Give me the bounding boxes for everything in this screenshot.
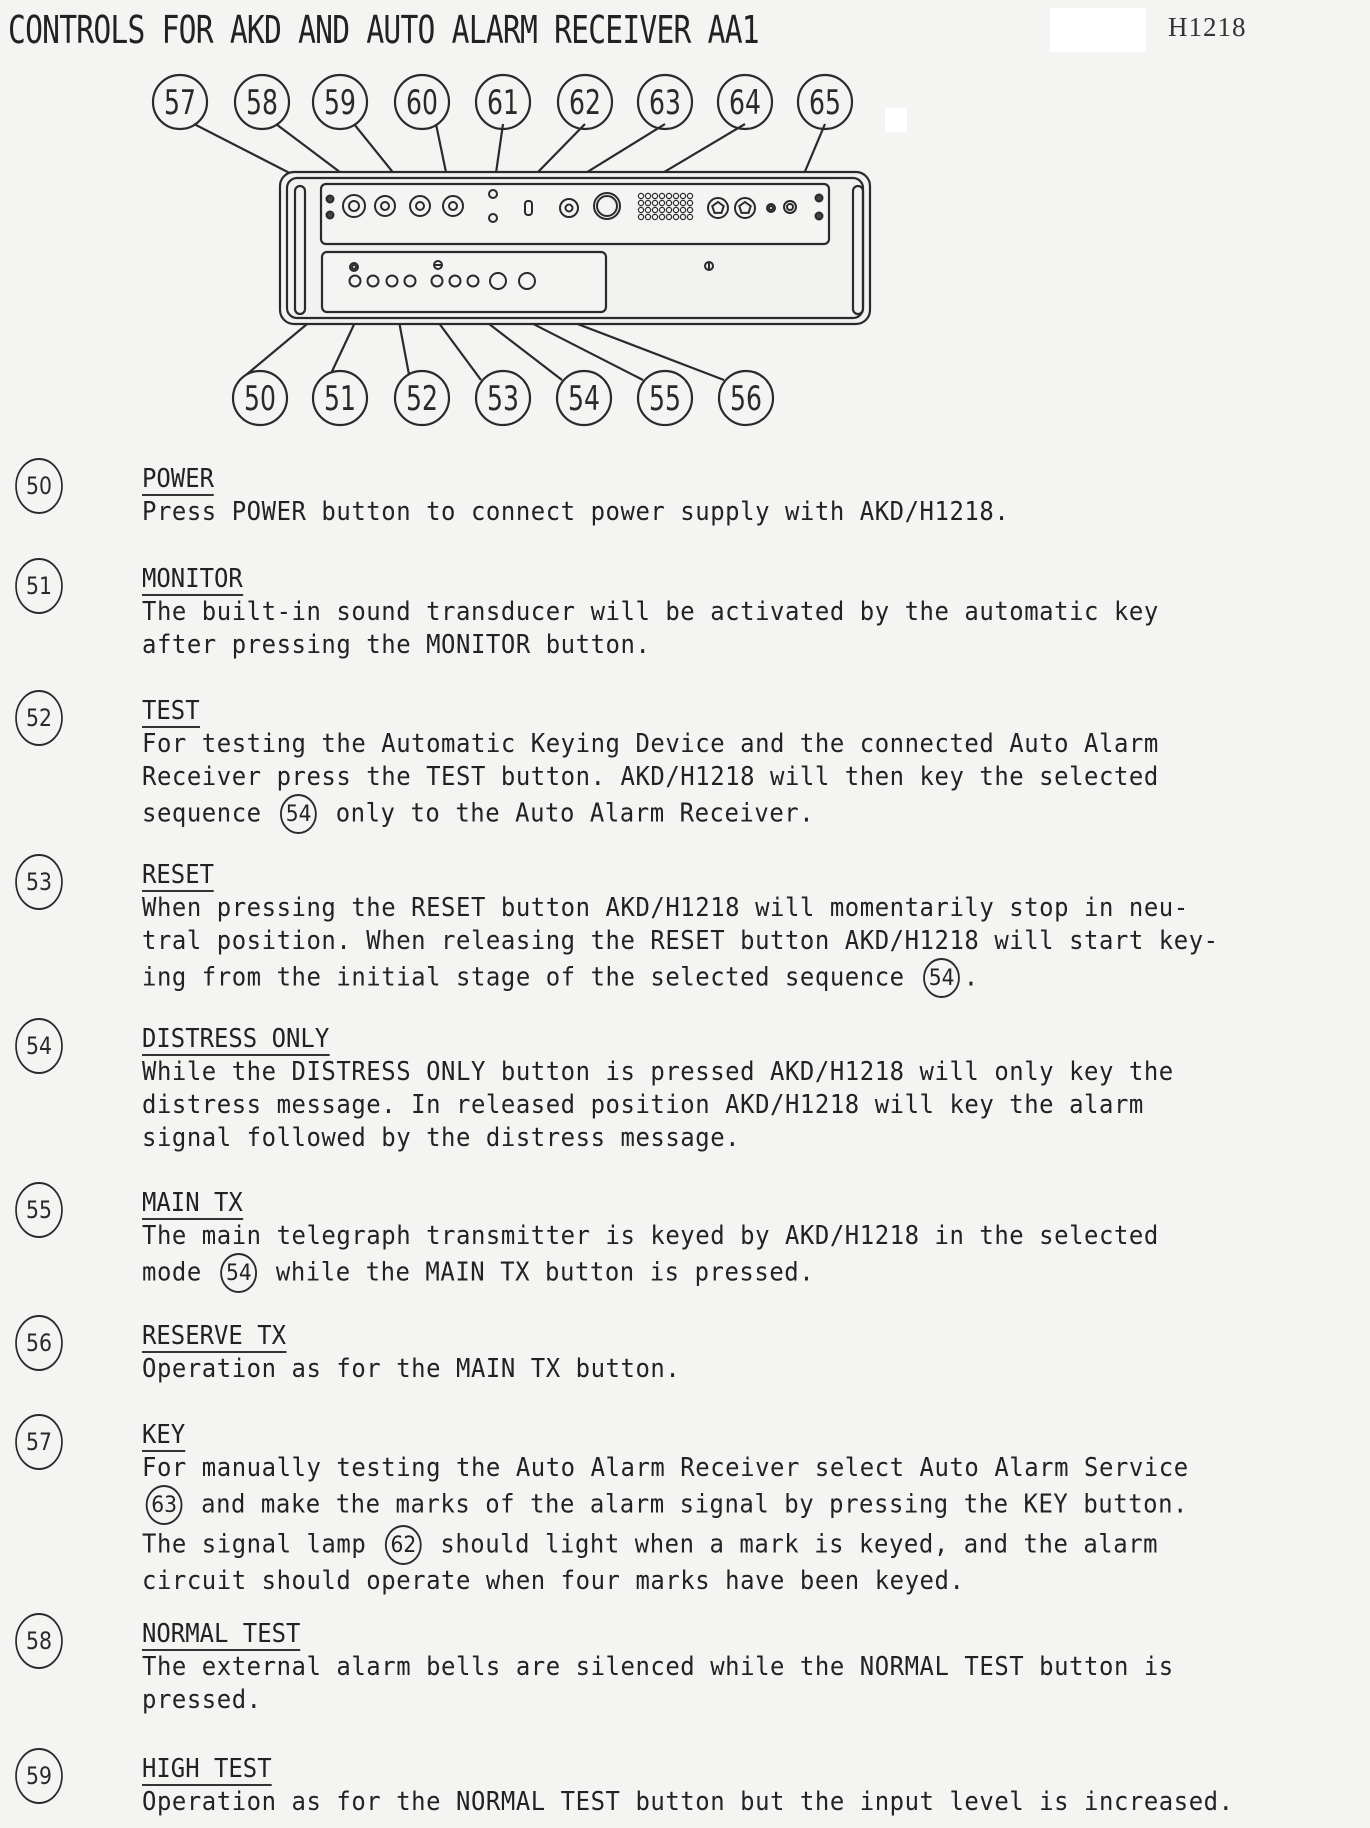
control-number-badge: 55 — [15, 1182, 63, 1238]
control-description: Operation as for the MAIN TX button. — [142, 1353, 1269, 1386]
control-number-badge: 52 — [15, 690, 63, 746]
control-reference-badge: 54 — [280, 794, 317, 834]
svg-text:65: 65 — [809, 83, 841, 122]
svg-text:56: 56 — [730, 379, 762, 418]
svg-text:58: 58 — [246, 83, 278, 122]
svg-text:54: 54 — [568, 379, 600, 418]
callout-54: 54 — [557, 371, 611, 425]
control-number-badge: 51 — [15, 558, 63, 614]
callout-50: 50 — [233, 371, 287, 425]
callout-60: 60 — [395, 75, 449, 129]
callout-53: 53 — [476, 371, 530, 425]
control-reference-badge: 54 — [220, 1253, 257, 1293]
control-name: NORMAL TEST — [142, 1619, 300, 1651]
document-id: H1218 — [1168, 12, 1247, 43]
control-name: DISTRESS ONLY — [142, 1024, 329, 1056]
control-number-badge: 59 — [15, 1748, 63, 1804]
control-name: MAIN TX — [142, 1188, 243, 1220]
control-name: POWER — [142, 464, 214, 496]
svg-text:60: 60 — [406, 83, 438, 122]
svg-text:50: 50 — [244, 379, 276, 418]
control-name: RESET — [142, 860, 214, 892]
control-description: For testing the Automatic Keying Device … — [142, 728, 1269, 834]
control-number-badge: 54 — [15, 1018, 63, 1074]
control-number-badge: 53 — [15, 854, 63, 910]
svg-text:57: 57 — [164, 83, 196, 122]
svg-text:64: 64 — [729, 83, 761, 122]
control-description: The built-in sound transducer will be ac… — [142, 596, 1269, 662]
control-name: RESERVE TX — [142, 1321, 286, 1353]
control-description: For manually testing the Auto Alarm Rece… — [142, 1452, 1269, 1598]
callout-59: 59 — [313, 75, 367, 129]
control-reference-badge: 63 — [146, 1485, 183, 1525]
control-name: HIGH TEST — [142, 1754, 272, 1786]
control-name: KEY — [142, 1420, 185, 1452]
svg-text:52: 52 — [406, 379, 438, 418]
control-description: When pressing the RESET button AKD/H1218… — [142, 892, 1269, 998]
control-description: While the DISTRESS ONLY button is presse… — [142, 1056, 1269, 1155]
control-number-badge: 58 — [15, 1613, 63, 1669]
callout-65: 65 — [798, 75, 852, 129]
bottom-callouts: 50515253545556 — [233, 371, 773, 425]
control-description: Press POWER button to connect power supp… — [142, 496, 1269, 529]
callout-61: 61 — [476, 75, 530, 129]
receiver-cabinet — [280, 172, 870, 324]
callout-63: 63 — [638, 75, 692, 129]
blank-label-patch — [1050, 8, 1146, 52]
callout-57: 57 — [153, 75, 207, 129]
control-description: The main telegraph transmitter is keyed … — [142, 1220, 1269, 1293]
callout-58: 58 — [235, 75, 289, 129]
control-number-badge: 50 — [15, 458, 63, 514]
callout-51: 51 — [313, 371, 367, 425]
callout-64: 64 — [718, 75, 772, 129]
svg-text:63: 63 — [649, 83, 681, 122]
svg-text:51: 51 — [324, 379, 356, 418]
svg-text:62: 62 — [569, 83, 601, 122]
callout-62: 62 — [558, 75, 612, 129]
control-reference-badge: 62 — [385, 1525, 422, 1565]
callout-55: 55 — [638, 371, 692, 425]
svg-text:61: 61 — [487, 83, 519, 122]
control-reference-badge: 54 — [923, 958, 960, 998]
top-callouts: 575859606162636465 — [153, 75, 852, 129]
control-description: Operation as for the NORMAL TEST button … — [142, 1786, 1269, 1819]
control-name: TEST — [142, 696, 200, 728]
control-number-badge: 56 — [15, 1315, 63, 1371]
svg-text:55: 55 — [649, 379, 681, 418]
svg-text:59: 59 — [324, 83, 356, 122]
svg-text:53: 53 — [487, 379, 519, 418]
control-number-badge: 57 — [15, 1414, 63, 1470]
callout-52: 52 — [395, 371, 449, 425]
front-panel-diagram: 575859606162636465 50515253545556 — [0, 60, 1370, 440]
callout-56: 56 — [719, 371, 773, 425]
control-description: The external alarm bells are silenced wh… — [142, 1651, 1269, 1717]
control-name: MONITOR — [142, 564, 243, 596]
page-title: CONTROLS FOR AKD AND AUTO ALARM RECEIVER… — [8, 8, 759, 52]
